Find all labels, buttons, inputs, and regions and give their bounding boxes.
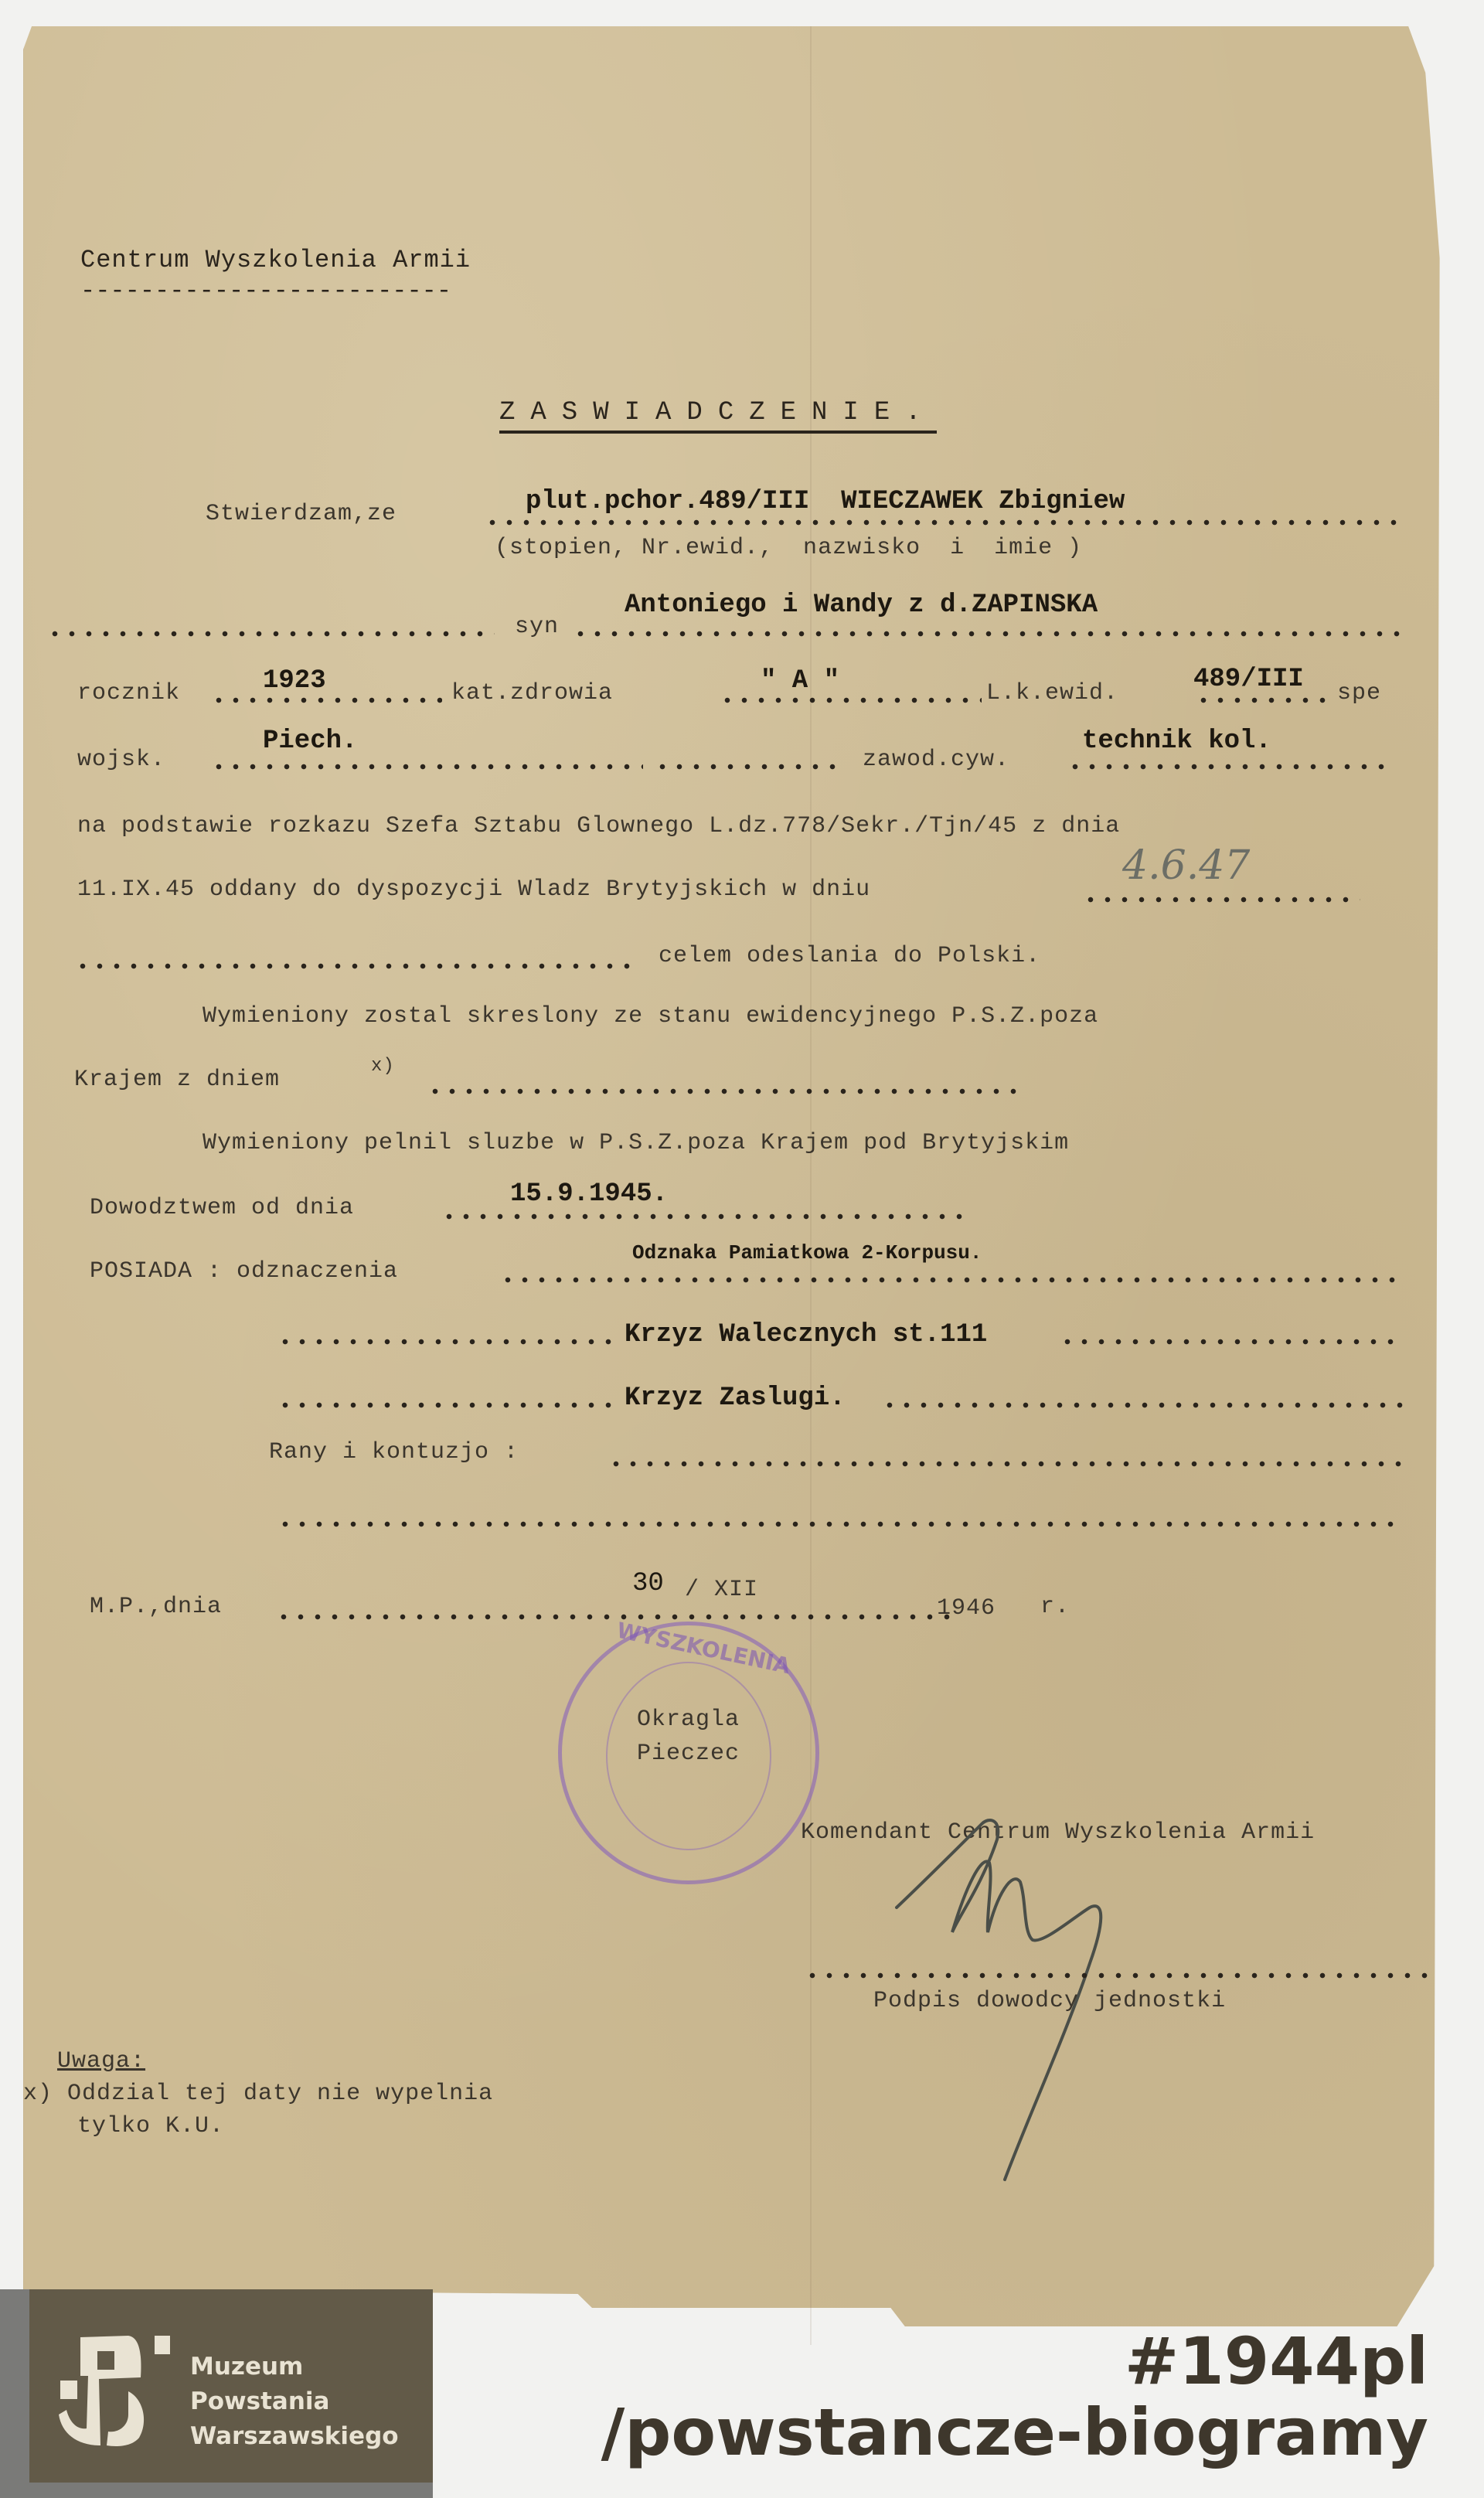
zawod-cyw-label: zawod.cyw. bbox=[863, 747, 1009, 773]
header-underline: ------------------------- bbox=[80, 277, 451, 305]
note-heading: Uwaga: bbox=[57, 2048, 145, 2074]
posiada-label: POSIADA : odznaczenia bbox=[90, 1258, 398, 1285]
signature-caption: Podpis dowodcy jednostki bbox=[873, 1988, 1226, 2014]
dotted-line bbox=[484, 519, 1404, 526]
transfer-text: 11.IX.45 oddany do dyspozycji Wladz Bryt… bbox=[77, 876, 870, 903]
service-start-date: 15.9.1945. bbox=[510, 1179, 668, 1209]
wojsk-label: wojsk. bbox=[77, 747, 165, 773]
footnote-marker: x) bbox=[371, 1056, 395, 1077]
dotted-line bbox=[499, 1277, 1404, 1283]
dotted-line bbox=[277, 1402, 617, 1408]
lk-ewid-value: 489/III bbox=[1193, 665, 1304, 694]
dotted-line bbox=[1059, 1339, 1404, 1345]
dotted-line bbox=[881, 1402, 1404, 1408]
decoration-item: Krzyz Walecznych st.111 bbox=[625, 1320, 987, 1349]
dotted-line bbox=[1082, 897, 1360, 903]
hashtag: #1944pl bbox=[1125, 2323, 1428, 2399]
kat-zdrowia-value: " A " bbox=[761, 666, 839, 696]
document-paper bbox=[23, 26, 1445, 2345]
spec-label: spe bbox=[1337, 680, 1381, 706]
dotted-line bbox=[277, 1339, 617, 1345]
handwritten-date: 4.6.47 bbox=[1122, 842, 1250, 889]
dotted-line bbox=[804, 1972, 1435, 1979]
date-month: / XII bbox=[685, 1577, 758, 1603]
date-year: 1946 bbox=[937, 1595, 996, 1622]
museum-name-line3: Warszawskiego bbox=[190, 2419, 399, 2454]
dotted-line bbox=[277, 1521, 1404, 1527]
field-hint: (stopien, Nr.ewid., nazwisko i imie ) bbox=[495, 535, 1082, 561]
lk-ewid-label: L.k.ewid. bbox=[986, 680, 1118, 706]
service-text: Wymieniony pelnil sluzbe w P.S.Z.poza Kr… bbox=[203, 1130, 1069, 1156]
parents-value: Antoniego i Wandy z d.ZAPINSKA bbox=[625, 590, 1098, 620]
decoration-item: Odznaka Pamiatkowa 2-Korpusu. bbox=[632, 1241, 982, 1264]
rocznik-label: rocznik bbox=[77, 680, 180, 706]
dotted-line bbox=[654, 764, 839, 770]
dotted-line bbox=[46, 631, 495, 637]
dotted-line bbox=[210, 764, 643, 770]
soldier-rank-name: plut.pchor.489/III WIECZAWEK Zbigniew bbox=[526, 487, 1125, 516]
stamp-placeholder-line2: Pieczec bbox=[637, 1741, 740, 1767]
rany-label: Rany i kontuzjo : bbox=[269, 1439, 519, 1465]
museum-name-line1: Muzeum bbox=[190, 2350, 399, 2384]
museum-name: Muzeum Powstania Warszawskiego bbox=[190, 2350, 399, 2454]
kat-zdrowia-label: kat.zdrowia bbox=[451, 680, 613, 706]
header-org: Centrum Wyszkolenia Armii bbox=[80, 246, 471, 274]
dotted-line bbox=[74, 963, 631, 969]
purpose-text: celem odeslania do Polski. bbox=[659, 943, 1040, 969]
stwierdzam-label: Stwierdzam,ze bbox=[206, 501, 397, 527]
note-line2: tylko K.U. bbox=[77, 2113, 224, 2139]
dotted-line bbox=[719, 697, 982, 703]
dowodztwem-label: Dowodztwem od dnia bbox=[90, 1195, 354, 1221]
order-reference-text: na podstawie rozkazu Szefa Sztabu Glowne… bbox=[77, 813, 1120, 839]
mp-dnia-label: M.P.,dnia bbox=[90, 1594, 222, 1620]
struck-off-text: Wymieniony zostal skreslony ze stanu ewi… bbox=[203, 1003, 1098, 1029]
stamp-placeholder-line1: Okragla bbox=[637, 1707, 740, 1733]
zawod-cyw-value: technik kol. bbox=[1082, 727, 1271, 756]
paper-fold bbox=[810, 26, 812, 2345]
dotted-line bbox=[441, 1213, 966, 1220]
dotted-line bbox=[275, 1614, 955, 1620]
dotted-line bbox=[608, 1461, 1404, 1467]
museum-name-line2: Powstania bbox=[190, 2384, 399, 2419]
dotted-line bbox=[210, 697, 442, 703]
krajem-label: Krajem z dniem bbox=[74, 1067, 280, 1093]
wojsk-value: Piech. bbox=[263, 727, 357, 756]
dotted-line bbox=[427, 1088, 1022, 1094]
date-day: 30 bbox=[632, 1569, 664, 1598]
syn-label: syn bbox=[515, 614, 559, 640]
decoration-item: Krzyz Zaslugi. bbox=[625, 1383, 846, 1413]
biograms-path: /powstancze-biogramy bbox=[601, 2394, 1428, 2470]
dotted-line bbox=[1067, 764, 1391, 770]
note-line1: x) Oddzial tej daty nie wypelnia bbox=[23, 2081, 493, 2107]
dotted-line bbox=[1195, 697, 1334, 703]
page-title: ZASWIADCZENIE. bbox=[499, 398, 937, 434]
rocznik-value: 1923 bbox=[263, 666, 326, 696]
dotted-line bbox=[572, 631, 1404, 637]
date-suffix: r. bbox=[1040, 1594, 1070, 1620]
kotwica-anchor-icon bbox=[54, 2330, 170, 2453]
